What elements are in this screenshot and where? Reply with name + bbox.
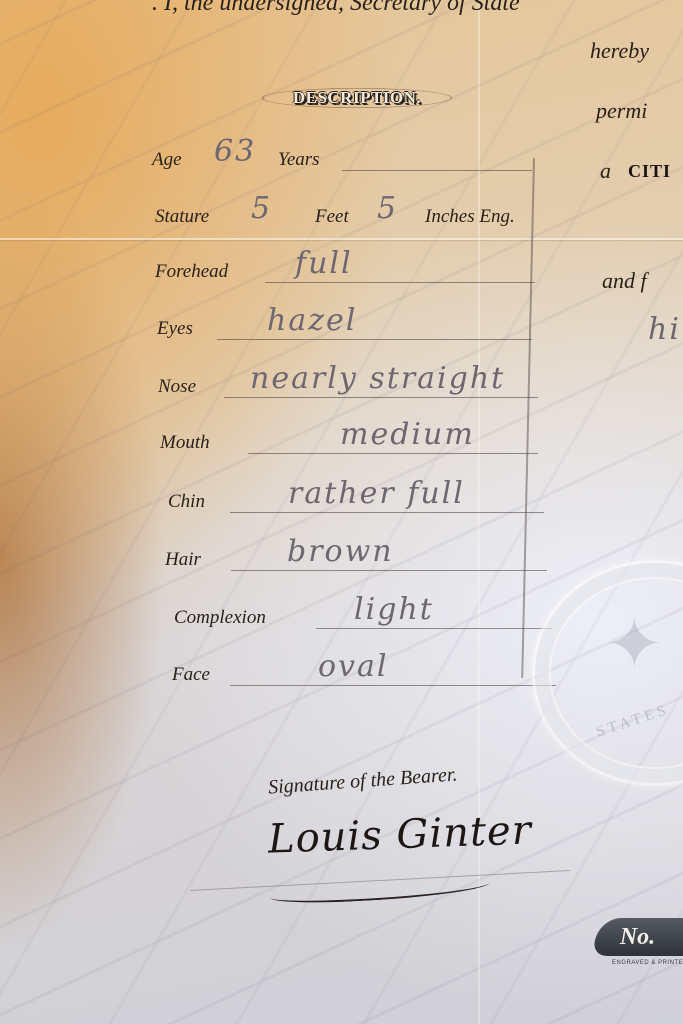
field-rule xyxy=(265,282,535,283)
field-rule xyxy=(230,512,544,513)
field-unit: Years xyxy=(278,149,320,171)
field-face: Face oval xyxy=(172,650,557,690)
field-label: Forehead xyxy=(155,261,228,283)
field-label: Mouth xyxy=(160,432,210,454)
field-value: oval xyxy=(318,649,389,684)
field-label: Face xyxy=(172,664,210,686)
field-rule xyxy=(316,628,552,629)
engraver-imprint: ENGRAVED & PRINTED xyxy=(612,960,683,966)
right-handwritten: hi xyxy=(648,312,681,347)
signature-flourish xyxy=(270,874,491,905)
field-value-feet: 5 xyxy=(251,191,272,226)
field-value: 63 xyxy=(214,134,256,169)
field-rule xyxy=(224,397,538,398)
right-text-a: a xyxy=(600,158,611,184)
signature-label: Signature of the Bearer. xyxy=(267,763,458,799)
field-mouth: Mouth medium xyxy=(160,418,540,458)
description-heading: DESCRIPTION. xyxy=(262,80,452,116)
field-label: Hair xyxy=(165,549,201,571)
field-label: Eyes xyxy=(157,318,193,340)
field-forehead: Forehead full xyxy=(155,247,535,287)
seal-rim-text: STATES xyxy=(594,702,672,742)
field-unit-inches: Inches Eng. xyxy=(425,206,515,228)
right-text-citizen: CITI xyxy=(628,161,671,182)
field-age: Age 63 Years xyxy=(152,135,532,175)
field-rule xyxy=(248,453,538,454)
description-heading-text: DESCRIPTION. xyxy=(293,88,421,108)
eagle-emblem-icon: ✦ xyxy=(605,603,664,686)
field-value: nearly straight xyxy=(250,361,505,396)
right-text-and: and f xyxy=(602,268,647,294)
field-label: Age xyxy=(152,149,182,171)
field-value: rather full xyxy=(288,476,465,511)
number-badge: No. xyxy=(589,918,683,956)
field-value: medium xyxy=(340,417,475,452)
right-text-hereby: hereby xyxy=(590,38,649,64)
field-label: Stature xyxy=(155,206,209,228)
field-nose: Nose nearly straight xyxy=(158,362,538,402)
field-unit-feet: Feet xyxy=(315,206,349,228)
field-rule xyxy=(217,339,532,340)
field-label: Nose xyxy=(158,376,196,398)
field-stature: Stature 5 Feet 5 Inches Eng. xyxy=(155,192,535,232)
number-badge-text: No. xyxy=(620,924,655,951)
right-text-permit: permi xyxy=(596,98,647,124)
horizontal-fold xyxy=(0,238,683,240)
field-rule xyxy=(231,570,547,571)
field-hair: Hair brown xyxy=(165,535,550,575)
field-rule xyxy=(230,685,556,686)
field-eyes: Eyes hazel xyxy=(157,304,537,344)
field-value: hazel xyxy=(267,303,357,338)
field-value: full xyxy=(295,246,353,281)
field-complexion: Complexion light xyxy=(174,593,554,633)
field-label: Complexion xyxy=(174,607,266,629)
field-label: Chin xyxy=(168,491,205,513)
field-rule xyxy=(342,170,532,171)
field-value-inches: 5 xyxy=(377,191,398,226)
embossed-seal: ✦ STATES xyxy=(532,560,683,786)
field-value: light xyxy=(354,592,434,627)
field-value: brown xyxy=(287,534,394,569)
bearer-signature: Louis Ginter xyxy=(267,807,532,862)
field-chin: Chin rather full xyxy=(168,477,548,517)
intro-text: . I, the undersigned, Secretary of State xyxy=(152,0,520,17)
